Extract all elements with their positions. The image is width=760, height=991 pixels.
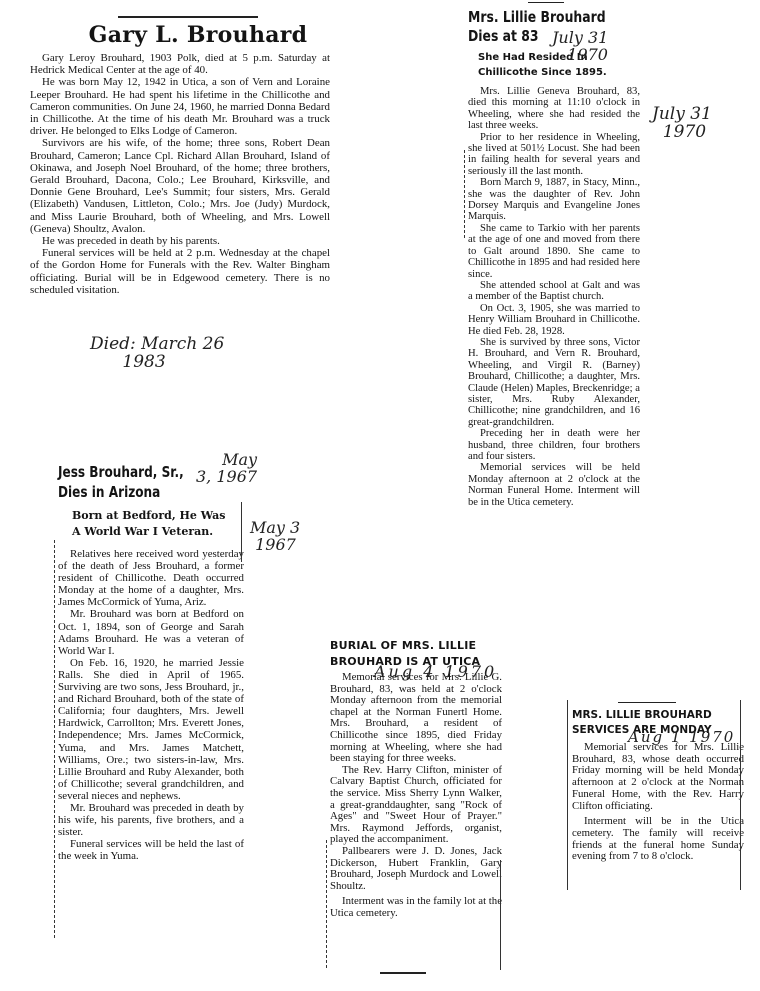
paragraph: Memorial services will be held Monday af… (468, 462, 640, 508)
paragraph: Mr. Brouhard was born at Bedford on Oct.… (58, 608, 244, 656)
paragraph: He was born May 12, 1942 in Utica, a son… (30, 76, 330, 137)
margin-line (326, 840, 327, 970)
paragraph: Survivors are his wife, of the home; thr… (30, 137, 330, 235)
lillie-subhead-2: Chillicothe Since 1895. (478, 65, 640, 80)
margin-line (500, 860, 501, 970)
lillie-headline-1: Mrs. Lillie Brouhard (468, 8, 606, 27)
paragraph: Memorial services for Mrs. Lillie G. Bro… (330, 672, 502, 765)
paragraph: He was preceded in death by his parents. (30, 235, 330, 247)
paragraph: She is survived by three sons, Victor H.… (468, 337, 640, 428)
paragraph: Born March 9, 1887, in Stacy, Minn., she… (468, 177, 640, 223)
paragraph: On Feb. 16, 1920, he married Jessie Rall… (58, 657, 244, 802)
paragraph: Preceding her in death were her husband,… (468, 428, 640, 462)
jess-headline-1: Jess Brouhard, Sr., (58, 462, 203, 482)
gary-handwritten-date: Died: March 26 1983 (90, 336, 224, 372)
paragraph: Funeral services will be held at 2 p.m. … (30, 247, 330, 296)
paragraph: Relatives here received word yesterday o… (58, 548, 244, 608)
paragraph: She came to Tarkio with her parents at t… (468, 223, 640, 280)
burial-handwritten-date: Aug 4 1970 (374, 664, 497, 681)
paragraph: The Rev. Harry Clifton, minister of Calv… (330, 765, 502, 846)
paragraph: Mr. Brouhard was preceded in death by hi… (58, 802, 244, 838)
burial-headline-1: BURIAL OF MRS. LILLIE (330, 638, 502, 654)
jess-subhead-2: A World War I Veteran. (72, 524, 244, 540)
clipping-gary-brouhard: Gary L. Brouhard Gary Leroy Brouhard, 19… (30, 14, 330, 296)
clipping-lillie-obituary: Mrs. Lillie Brouhard Dies at 83 She Had … (468, 8, 640, 508)
jess-body: Relatives here received word yesterday o… (58, 548, 244, 862)
paragraph: Prior to her residence in Wheeling, she … (468, 132, 640, 178)
paragraph: She attended school at Galt and was a me… (468, 280, 640, 303)
jess-handwritten-headline-date: May 3, 1967 (196, 452, 257, 486)
gary-title: Gary L. Brouhard (66, 22, 330, 48)
services-headline-1: MRS. LILLIE BROUHARD (572, 708, 744, 723)
jess-subhead-1: Born at Bedford, He Was (72, 508, 244, 524)
paragraph: Mrs. Lillie Geneva Brouhard, 83, died th… (468, 86, 640, 132)
margin-line (241, 502, 242, 562)
margin-line (740, 700, 741, 890)
gary-body: Gary Leroy Brouhard, 1903 Polk, died at … (30, 52, 330, 296)
paragraph: Memorial services for Mrs. Lillie Brouha… (572, 742, 744, 812)
paragraph: On Oct. 3, 1905, she was married to Henr… (468, 303, 640, 337)
paragraph: Funeral services will be held the last o… (58, 838, 244, 862)
bottom-rule (380, 972, 426, 974)
margin-line (464, 150, 465, 240)
services-handwritten-date: Aug 1 1970 (628, 730, 735, 746)
jess-handwritten-margin-date: May 3 1967 (250, 520, 300, 554)
burial-body: Memorial services for Mrs. Lillie G. Bro… (330, 672, 502, 919)
paragraph: Interment will be in the Utica cemetery.… (572, 816, 744, 863)
lillie-body: Mrs. Lillie Geneva Brouhard, 83, died th… (468, 86, 640, 508)
lillie-handwritten-margin-date: July 31 1970 (652, 106, 712, 142)
top-rule (618, 702, 676, 703)
services-body: Memorial services for Mrs. Lillie Brouha… (572, 742, 744, 863)
lillie-handwritten-headline-date: July 31 1970 (552, 30, 608, 64)
paragraph: Gary Leroy Brouhard, 1903 Polk, died at … (30, 52, 330, 76)
jess-headline-2: Dies in Arizona (58, 482, 203, 502)
margin-line (54, 540, 55, 940)
clipping-jess-brouhard: Jess Brouhard, Sr., Dies in Arizona Born… (58, 462, 244, 862)
paragraph: Pallbearers were J. D. Jones, Jack Dicke… (330, 846, 502, 892)
top-rule (528, 2, 564, 3)
paragraph: Interment was in the family lot at the U… (330, 896, 502, 919)
margin-line (567, 700, 568, 890)
